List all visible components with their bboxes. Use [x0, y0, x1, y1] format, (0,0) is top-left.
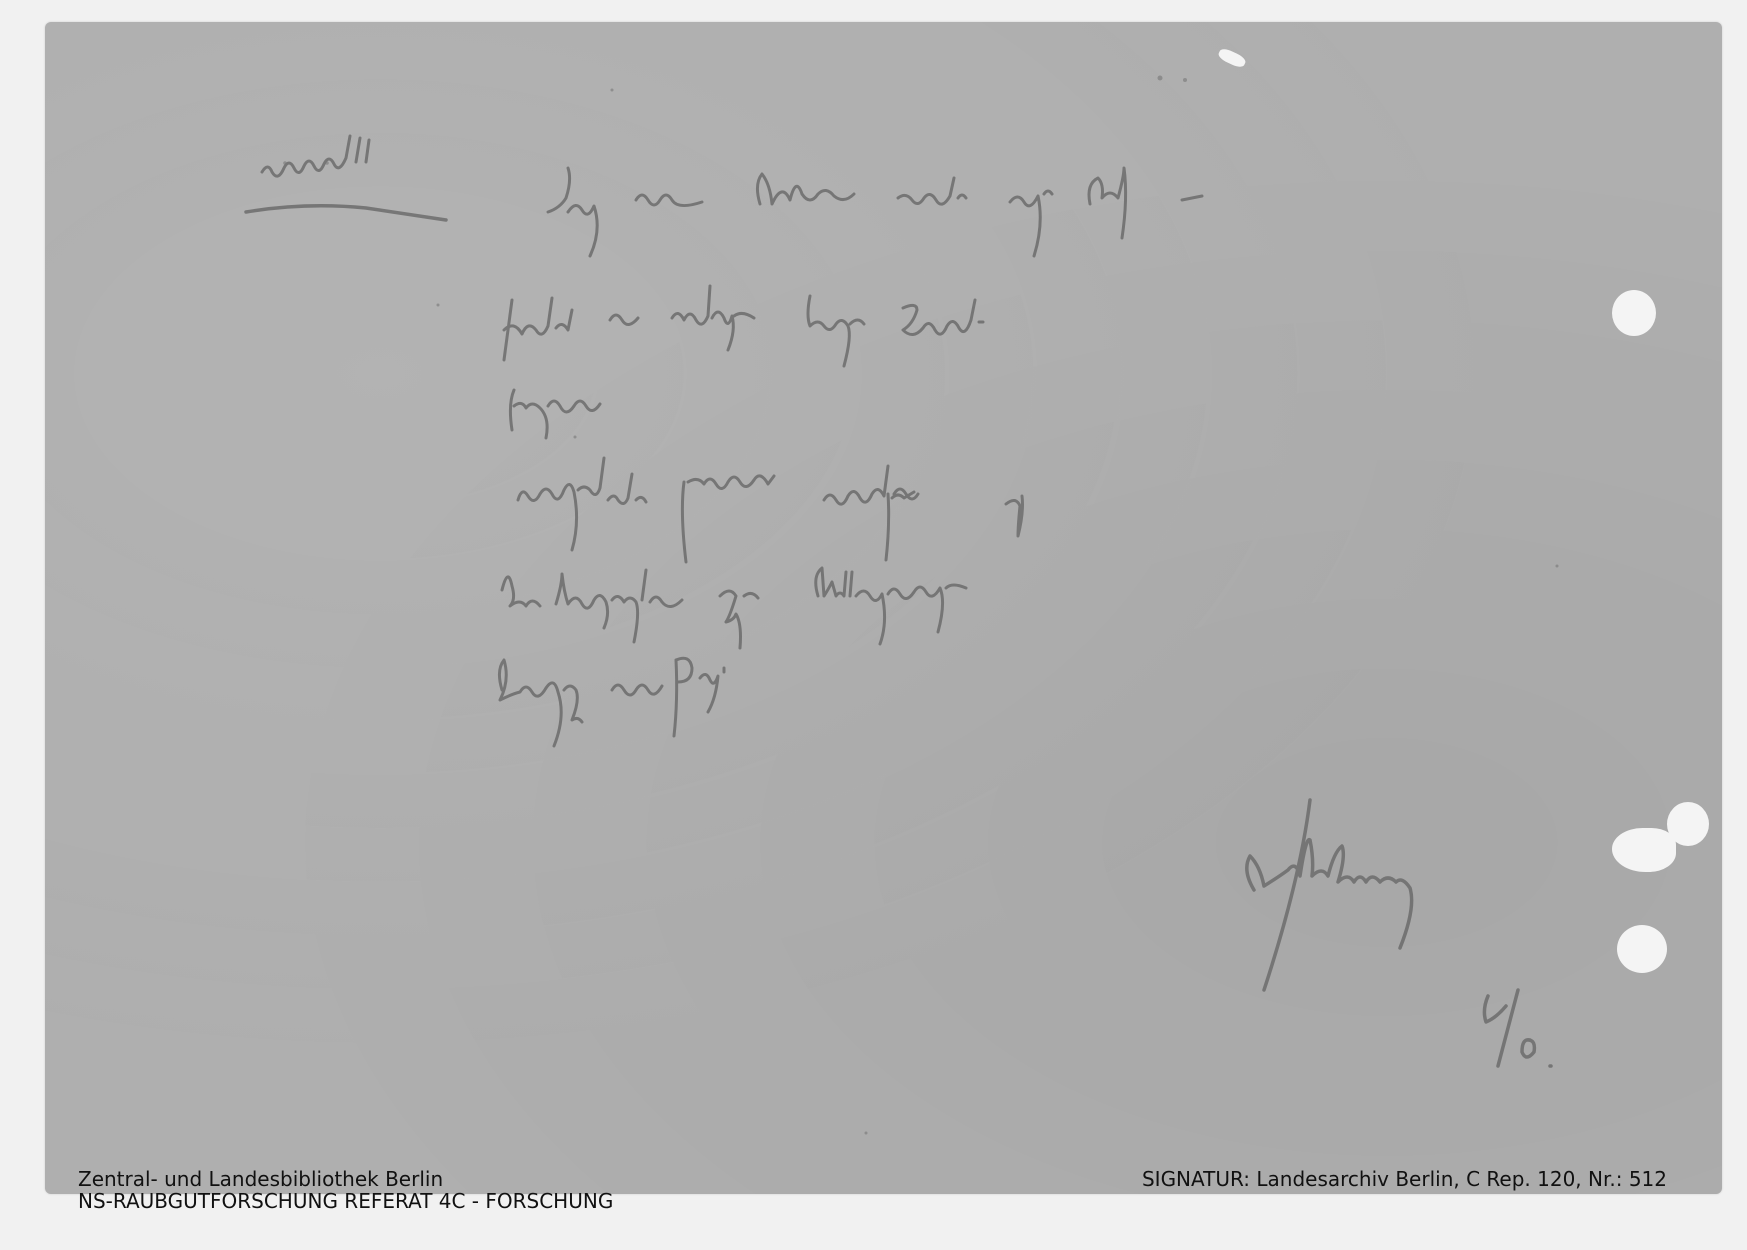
- signature: [1247, 800, 1412, 990]
- footer-institution: Zentral- und Landesbibliothek Berlin NS-…: [78, 1168, 613, 1212]
- handwriting-strokes: [0, 0, 1747, 1250]
- date-annotation: [1484, 990, 1551, 1066]
- footer-library-name: Zentral- und Landesbibliothek Berlin: [78, 1168, 613, 1190]
- footer-department: NS-RAUBGUTFORSCHUNG REFERAT 4C - FORSCHU…: [78, 1190, 613, 1212]
- footer-archive-reference: SIGNATUR: Landesarchiv Berlin, C Rep. 12…: [1142, 1168, 1667, 1190]
- footer-signature: SIGNATUR: Landesarchiv Berlin, C Rep. 12…: [1142, 1168, 1667, 1190]
- margin-heading: [262, 136, 369, 176]
- margin-underline: [246, 206, 446, 220]
